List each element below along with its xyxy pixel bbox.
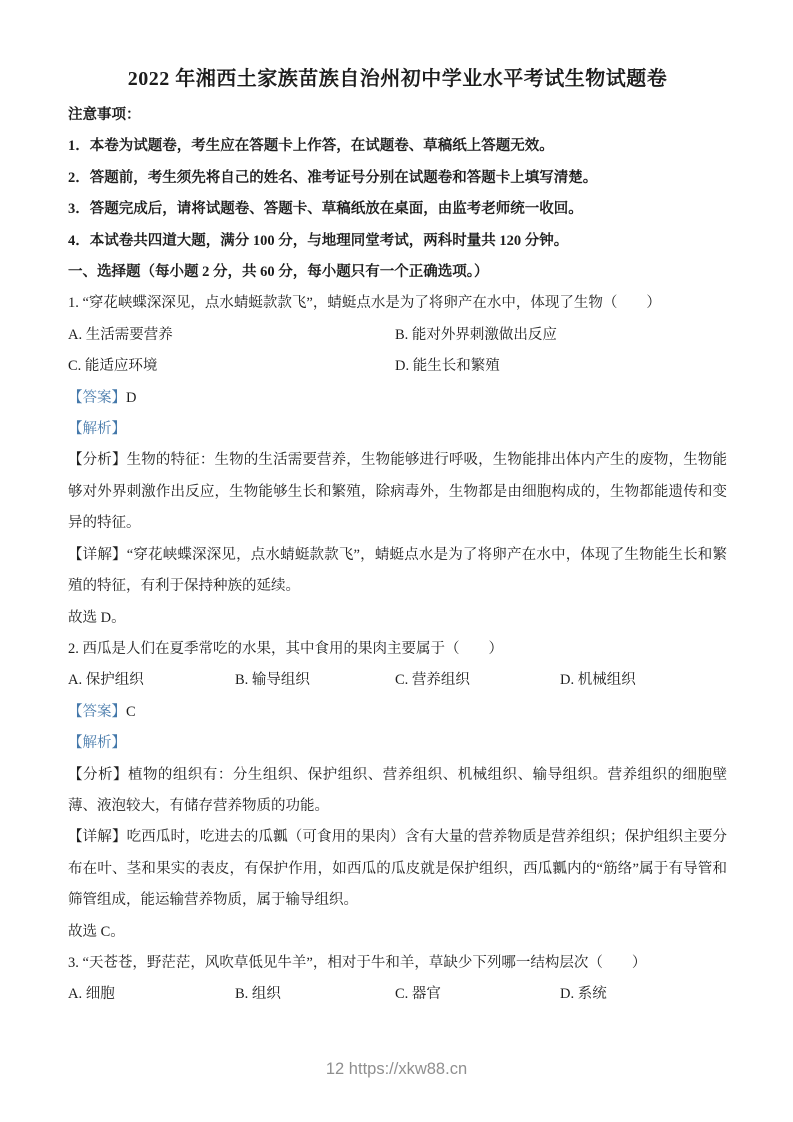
question-1-option-d: D. 能生长和繁殖 bbox=[395, 351, 727, 382]
question-2-detail-paragraph: 【详解】吃西瓜时，吃进去的瓜瓤（可食用的果肉）含有大量的营养物质是营养组织；保护… bbox=[68, 822, 727, 916]
question-2-answer-line: 【答案】C bbox=[68, 697, 727, 728]
question-1-analysis-paragraph: 【分析】生物的特征：生物的生活需要营养，生物能够进行呼吸，生物能排出体内产生的废… bbox=[68, 445, 727, 539]
question-1-option-c: C. 能适应环境 bbox=[68, 351, 395, 382]
question-1-detail-paragraph: 【详解】“穿花峡蝶深深见，点水蜻蜓款款飞”，蜻蜓点水是为了将卵产在水中，体现了生… bbox=[68, 540, 727, 603]
question-1-answer-value: D bbox=[126, 390, 136, 406]
answer-label: 【答案】 bbox=[68, 390, 126, 406]
notice-item-3: 3．答题完成后，请将试题卷、答题卡、草稿纸放在桌面，由监考老师统一收回。 bbox=[68, 194, 727, 225]
notice-item-2: 2．答题前，考生须先将自己的姓名、准考证号分别在试题卷和答题卡上填写清楚。 bbox=[68, 163, 727, 194]
question-2-option-a: A. 保护组织 bbox=[68, 665, 235, 696]
question-1-stem: 1. “穿花峡蝶深深见，点水蜻蜓款款飞”，蜻蜓点水是为了将卵产在水中，体现了生物… bbox=[68, 288, 727, 319]
question-3-options-row: A. 细胞 B. 组织 C. 器官 D. 系统 bbox=[68, 979, 727, 1010]
question-3-option-d: D. 系统 bbox=[560, 979, 727, 1010]
notice-item-4: 4．本试卷共四道大题，满分 100 分，与地理同堂考试，两科时量共 120 分钟… bbox=[68, 226, 727, 257]
question-1-answer-line: 【答案】D bbox=[68, 383, 727, 414]
question-2-stem: 2. 西瓜是人们在夏季常吃的水果，其中食用的果肉主要属于（ ） bbox=[68, 634, 727, 665]
question-2-option-b: B. 输导组织 bbox=[235, 665, 395, 696]
question-1-explanation-line: 【解析】 bbox=[68, 414, 727, 445]
question-1-option-b: B. 能对外界刺激做出反应 bbox=[395, 320, 727, 351]
question-2-analysis-paragraph: 【分析】植物的组织有：分生组织、保护组织、营养组织、机械组织、输导组织。营养组织… bbox=[68, 760, 727, 823]
question-2-option-d: D. 机械组织 bbox=[560, 665, 727, 696]
notice-item-1: 1．本卷为试题卷，考生应在答题卡上作答，在试题卷、草稿纸上答题无效。 bbox=[68, 131, 727, 162]
question-1-conclusion: 故选 D。 bbox=[68, 603, 727, 634]
explanation-label: 【解析】 bbox=[68, 735, 126, 751]
question-3-option-c: C. 器官 bbox=[395, 979, 560, 1010]
explanation-label: 【解析】 bbox=[68, 421, 126, 437]
question-3-stem: 3. “天苍苍，野茫茫，风吹草低见牛羊”，相对于牛和羊，草缺少下列哪一结构层次（… bbox=[68, 948, 727, 979]
question-1-option-a: A. 生活需要营养 bbox=[68, 320, 395, 351]
notice-heading: 注意事项： bbox=[68, 100, 727, 131]
question-1-options-row-2: C. 能适应环境 D. 能生长和繁殖 bbox=[68, 351, 727, 382]
question-2-conclusion: 故选 C。 bbox=[68, 917, 727, 948]
section-heading: 一、选择题（每小题 2 分，共 60 分，每小题只有一个正确选项。） bbox=[68, 257, 727, 288]
question-1-options-row-1: A. 生活需要营养 B. 能对外界刺激做出反应 bbox=[68, 320, 727, 351]
question-2-option-c: C. 营养组织 bbox=[395, 665, 560, 696]
question-2-options-row: A. 保护组织 B. 输导组织 C. 营养组织 D. 机械组织 bbox=[68, 665, 727, 696]
question-3-option-b: B. 组织 bbox=[235, 979, 395, 1010]
question-2-explanation-line: 【解析】 bbox=[68, 728, 727, 759]
question-2-answer-value: C bbox=[126, 704, 136, 720]
page-footer: 12 https://xkw88.cn bbox=[0, 1060, 793, 1079]
page-title: 2022 年湘西土家族苗族自治州初中学业水平考试生物试题卷 bbox=[68, 62, 727, 96]
answer-label: 【答案】 bbox=[68, 704, 126, 720]
question-3-option-a: A. 细胞 bbox=[68, 979, 235, 1010]
exam-page: 2022 年湘西土家族苗族自治州初中学业水平考试生物试题卷 注意事项： 1．本卷… bbox=[0, 0, 793, 1122]
